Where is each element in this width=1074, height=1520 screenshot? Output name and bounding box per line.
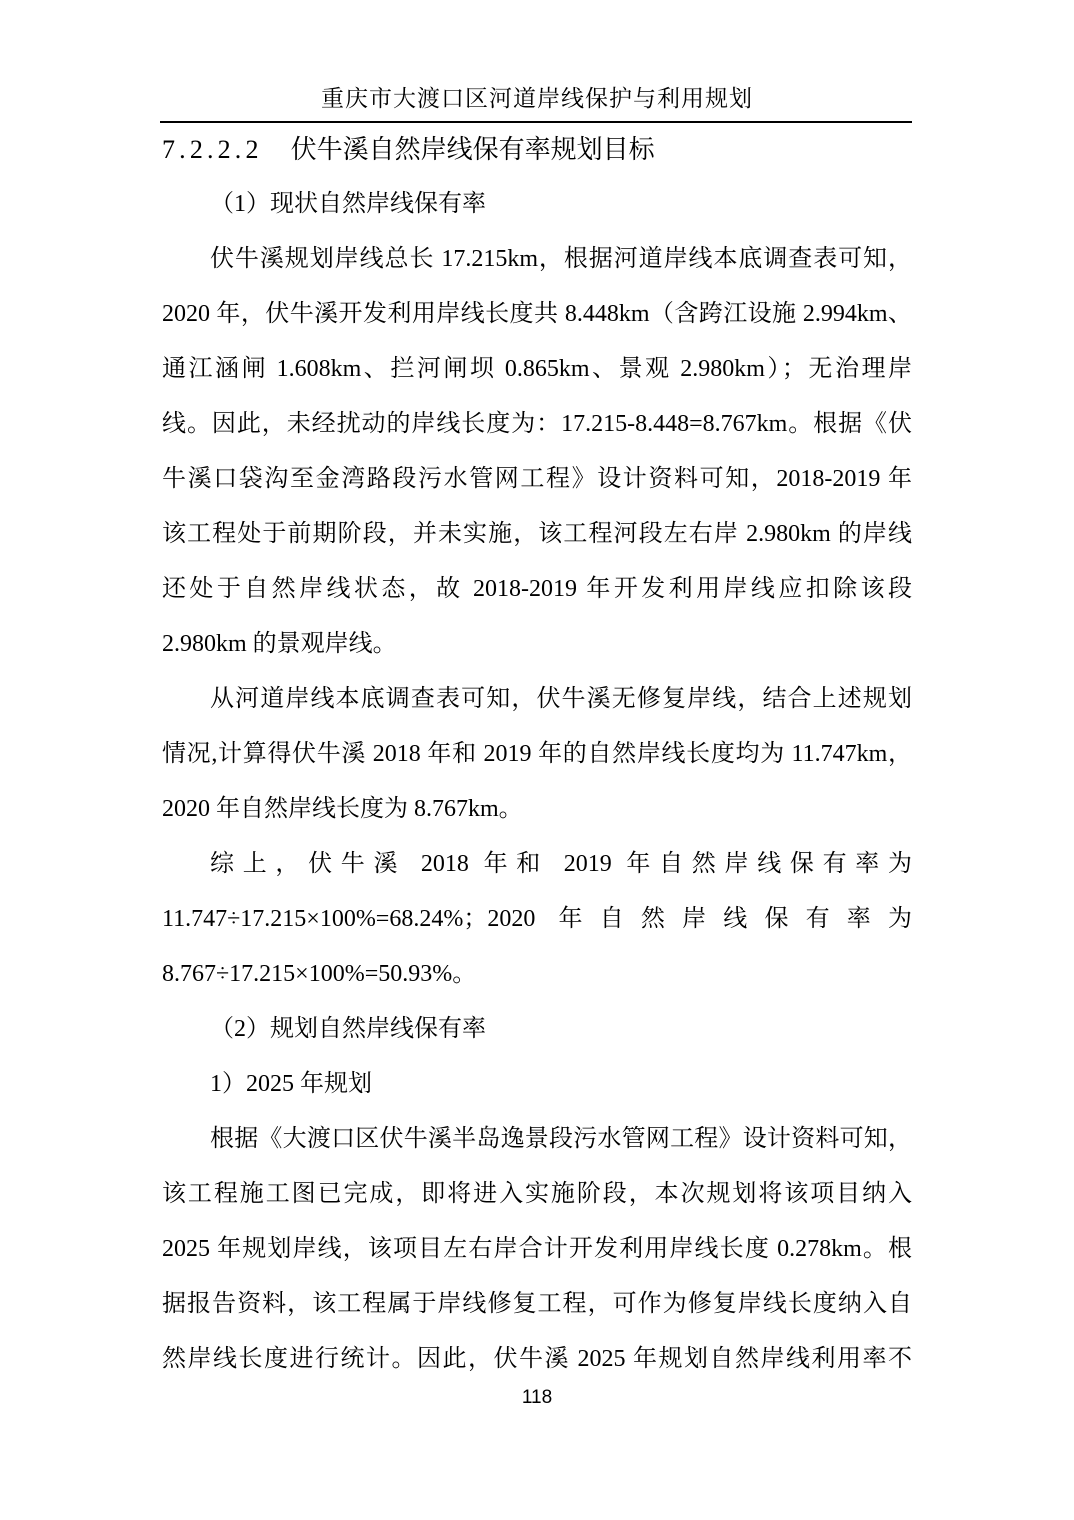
body-line: 2025 年规划岸线，该项目左右岸合计开发利用岸线长度 0.278km。根 [162,1222,912,1277]
body-line: 线。因此，未经扰动的岸线长度为：17.215-8.448=8.767km。根据《… [162,397,912,452]
document-body: 7.2.2.2伏牛溪自然岸线保有率规划目标 （1）现状自然岸线保有率 伏牛溪规划… [162,122,912,1387]
body-line: 综上，伏牛溪 2018 年和 2019 年自然岸线保有率为 [162,837,912,892]
body-line: 2020 年自然岸线长度为 8.767km。 [162,782,912,837]
body-line: 伏牛溪规划岸线总长 17.215km，根据河道岸线本底调查表可知， [162,232,912,287]
section-title: 伏牛溪自然岸线保有率规划目标 [291,135,655,164]
body-line: 11.747÷17.215×100%=68.24%；2020 年自然岸线保有率为 [162,892,912,947]
body-line: 根据《大渡口区伏牛溪半岛逸景段污水管网工程》设计资料可知， [162,1112,912,1167]
body-line: 从河道岸线本底调查表可知，伏牛溪无修复岸线，结合上述规划 [162,672,912,727]
document-page: 重庆市大渡口区河道岸线保护与利用规划 7.2.2.2伏牛溪自然岸线保有率规划目标… [0,0,1074,1520]
body-line: 牛溪口袋沟至金湾路段污水管网工程》设计资料可知，2018-2019 年 [162,452,912,507]
body-line: 情况,计算得伏牛溪 2018 年和 2019 年的自然岸线长度均为 11.747… [162,727,912,782]
body-line: 该工程处于前期阶段，并未实施，该工程河段左右岸 2.980km 的岸线 [162,507,912,562]
page-footer: 118 [0,1385,1074,1411]
body-line: （1）现状自然岸线保有率 [162,177,912,232]
page-number: 118 [522,1387,552,1408]
page-header: 重庆市大渡口区河道岸线保护与利用规划 [162,80,912,118]
section-number: 7.2.2.2 [162,135,263,164]
body-line: 2.980km 的景观岸线。 [162,617,912,672]
body-line: 8.767÷17.215×100%=50.93%。 [162,947,912,1002]
section-heading: 7.2.2.2伏牛溪自然岸线保有率规划目标 [162,122,912,177]
body-line: 通江涵闸 1.608km、拦河闸坝 0.865km、景观 2.980km）；无治… [162,342,912,397]
body-line: 2020 年，伏牛溪开发利用岸线长度共 8.448km（含跨江设施 2.994k… [162,287,912,342]
body-line: 还处于自然岸线状态，故 2018-2019 年开发利用岸线应扣除该段 [162,562,912,617]
header-title: 重庆市大渡口区河道岸线保护与利用规划 [321,86,753,111]
body-line: （2）规划自然岸线保有率 [162,1002,912,1057]
body-line: 然岸线长度进行统计。因此，伏牛溪 2025 年规划自然岸线利用率不 [162,1332,912,1387]
body-line: 该工程施工图已完成，即将进入实施阶段，本次规划将该项目纳入 [162,1167,912,1222]
body-line: 1）2025 年规划 [162,1057,912,1112]
body-line: 据报告资料，该工程属于岸线修复工程，可作为修复岸线长度纳入自 [162,1277,912,1332]
